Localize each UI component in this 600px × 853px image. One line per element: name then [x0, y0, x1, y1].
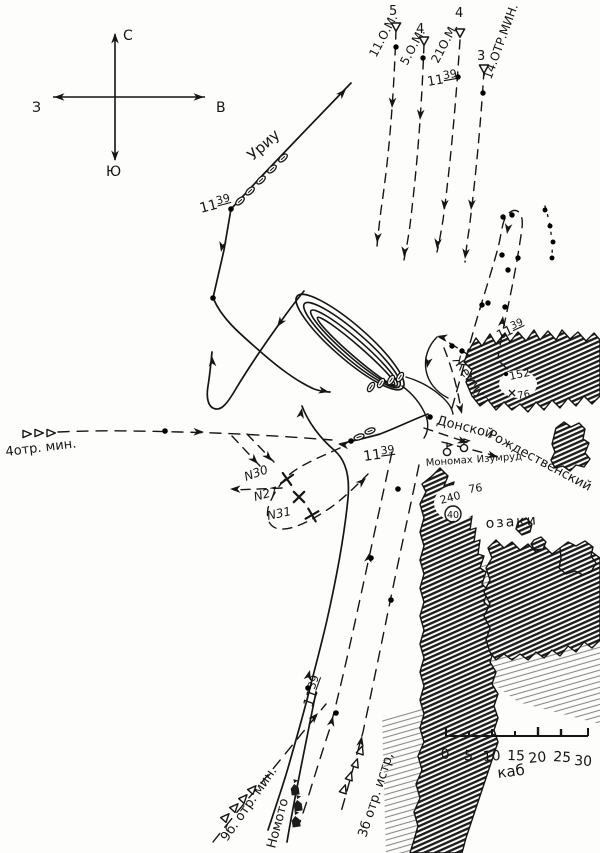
scale-tick-20: 20: [528, 749, 547, 767]
squadron-loop-track: [286, 283, 414, 401]
battle-map: С Ю З В 5 4 4 3 11.О.М. 5.О.М. 21О.М. 14…: [0, 0, 600, 853]
scale-tick-0: 0: [440, 746, 450, 763]
center-ship-icons: [353, 427, 376, 442]
height-76-south: 76: [468, 481, 484, 496]
scale-tick-10: 10: [482, 748, 501, 765]
wreck-label-2: N27: [252, 484, 279, 504]
scale-tick-5: 5: [464, 748, 474, 764]
compass-north: С: [123, 28, 133, 44]
left-mine-detachment-track: 4отр. мин.: [5, 428, 332, 460]
wreck-label-1: N30: [242, 462, 270, 484]
top-destroyer-tracks: 5 4 4 3 11.О.М. 5.О.М. 21О.М. 14.ОТР.МИН…: [366, 2, 521, 262]
height-76-north: 76: [517, 389, 531, 402]
scale-tick-25: 25: [553, 749, 572, 766]
nomoto-label: Номото: [264, 797, 292, 850]
uriu-ship-icons: [234, 153, 288, 207]
monomakh-label: Мономах: [425, 455, 473, 469]
flotilla-4-count: 3: [477, 49, 485, 64]
compass-rose: С Ю З В: [32, 28, 226, 180]
left-detachment-label: 4отр. мин.: [5, 436, 78, 460]
izumrud-label: Изумруд: [476, 451, 522, 465]
uriu-label: Уриу: [244, 126, 284, 164]
scale-tick-30: 30: [574, 753, 593, 770]
time-uriu: 1139: [197, 191, 232, 217]
time-top: 1139: [426, 67, 459, 90]
monomakh-izumrud-label: МономахИзумруд: [425, 451, 522, 469]
compass-west: З: [32, 100, 41, 116]
height-40: 40: [447, 510, 459, 521]
flotilla-4-label: 14.ОТР.МИН.: [481, 2, 521, 81]
wreck-label-3: N31: [266, 504, 293, 523]
flotilla-3-label: 21О.М.: [428, 21, 460, 65]
scale-unit: каб: [496, 761, 526, 782]
compass-east: В: [216, 100, 226, 116]
compass-south: Ю: [106, 164, 121, 180]
flotilla-3-count: 4: [455, 6, 463, 21]
